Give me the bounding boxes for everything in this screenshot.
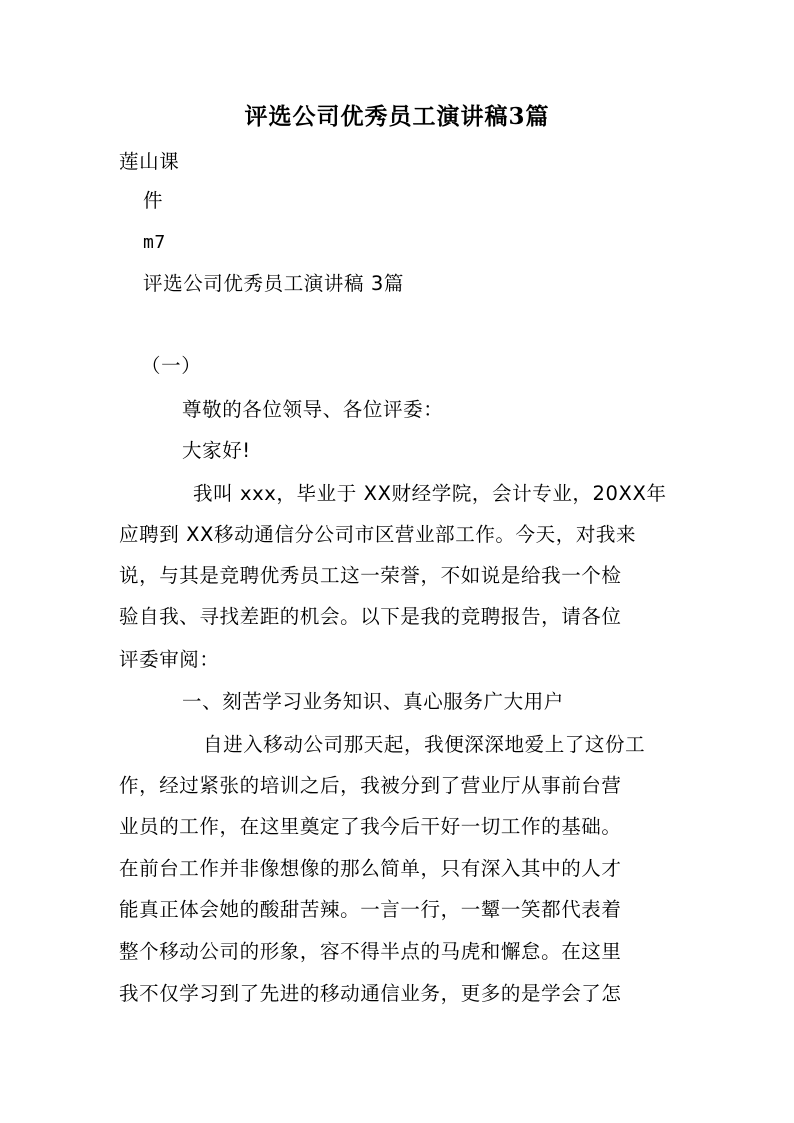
salutation: 尊敬的各位领导、各位评委： <box>182 396 443 424</box>
section-heading: 一、刻苦学习业务知识、真心服务广大用户 <box>182 688 564 716</box>
paragraph-line: 应聘到 XX移动通信分公司市区营业部工作。今天，对我来 <box>119 521 636 549</box>
paragraph-line: 能真正体会她的酸甜苦辣。一言一行，一颦一笑都代表着 <box>119 896 622 924</box>
header-line-code: m7 <box>143 229 166 257</box>
paragraph-line: 我叫 xxx，毕业于 XX财经学院，会计专业，20XX年 <box>193 480 667 508</box>
document-title: 评选公司优秀员工演讲稿3篇 <box>0 100 794 134</box>
section-marker: （一） <box>141 352 201 380</box>
header-line-subtitle: 评选公司优秀员工演讲稿 3篇 <box>143 270 404 298</box>
paragraph-line: 评委审阅： <box>119 646 220 674</box>
document-page: 评选公司优秀员工演讲稿3篇 莲山课 件 m7 评选公司优秀员工演讲稿 3篇 （一… <box>0 0 794 1123</box>
paragraph-line: 自进入移动公司那天起，我便深深地爱上了这份工 <box>203 731 645 759</box>
paragraph-line: 作，经过紧张的培训之后，我被分到了营业厅从事前台营 <box>119 772 622 800</box>
paragraph-line: 整个移动公司的形象，容不得半点的马虎和懈怠。在这里 <box>119 938 622 966</box>
paragraph-line: 说，与其是竞聘优秀员工这一荣誉，不如说是给我一个检 <box>119 562 622 590</box>
paragraph-line: 我不仅学习到了先进的移动通信业务，更多的是学会了怎 <box>119 980 622 1008</box>
paragraph-line: 业员的工作，在这里奠定了我今后干好一切工作的基础。 <box>119 813 622 841</box>
header-line-source: 莲山课 <box>119 148 179 176</box>
paragraph-line: 在前台工作并非像想像的那么简单，只有深入其中的人才 <box>119 855 622 883</box>
greeting: 大家好! <box>182 437 251 465</box>
paragraph-line: 验自我、寻找差距的机会。以下是我的竞聘报告，请各位 <box>119 603 622 631</box>
header-line-source-cont: 件 <box>143 187 163 215</box>
